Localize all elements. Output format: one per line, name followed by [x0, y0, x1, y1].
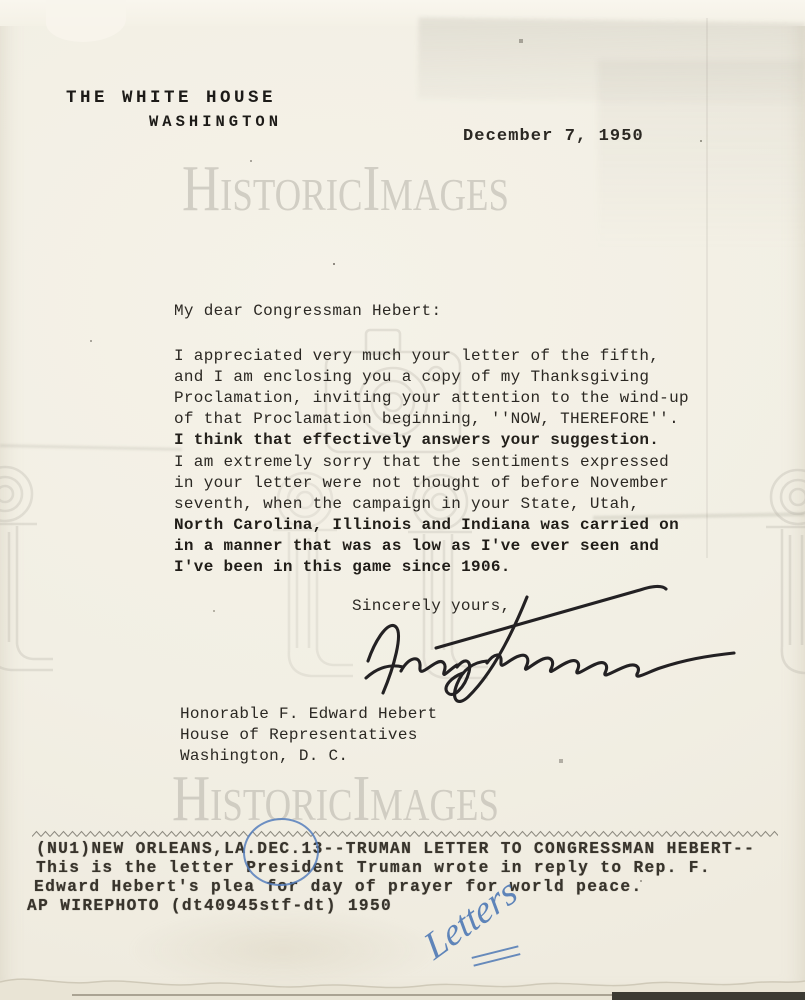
letter-line: in your letter were not thought of befor… [174, 473, 679, 494]
letter-paragraph-1: I appreciated very much your letter of t… [174, 346, 689, 451]
caption-credit: AP WIREPHOTO (dt40945stf-dt) 1950 [27, 897, 392, 915]
recipient-name: Honorable F. Edward Hebert [180, 704, 437, 725]
letter-line: I appreciated very much your letter of t… [174, 346, 689, 367]
letter-salutation: My dear Congressman Hebert: [174, 301, 441, 322]
letter-line: of that Proclamation beginning, ''NOW, T… [174, 409, 689, 430]
letter-line: I am extremely sorry that the sentiments… [174, 452, 679, 473]
letter-line: I've been in this game since 1906. [174, 557, 679, 578]
wirephoto-letter-photo: HistoricImages HistoricImages THE WHITE … [0, 0, 805, 1000]
letter-line: and I am enclosing you a copy of my Than… [174, 367, 689, 388]
perforation-squiggle-line [32, 830, 778, 839]
column-icon [0, 467, 53, 670]
recipient-org: House of Representatives [180, 725, 437, 746]
letter-line: in a manner that was as low as I've ever… [174, 536, 679, 557]
photo-bottom-shadow-line [72, 994, 617, 996]
letter-line: I think that effectively answers your su… [174, 430, 689, 451]
historicimages-watermark-top: HistoricImages [182, 156, 509, 222]
paper-fold-vertical [706, 18, 708, 558]
recipient-city: Washington, D. C. [180, 746, 437, 767]
letter-line: Proclamation, inviting your attention to… [174, 388, 689, 409]
caption-line: (NU1)NEW ORLEANS,LA.DEC.13--TRUMAN LETTE… [36, 840, 755, 858]
paper-specks [333, 263, 335, 265]
column-icon [766, 470, 805, 673]
letter-line: North Carolina, Illinois and Indiana was… [174, 515, 679, 536]
letter-closing: Sincerely yours, [352, 596, 510, 617]
letter-line: seventh, when the campaign in your State… [174, 494, 679, 515]
paper-tear-notch [46, 0, 126, 42]
letterhead-white-house: THE WHITE HOUSE [66, 88, 276, 108]
letter-paragraph-2: I am extremely sorry that the sentiments… [174, 452, 679, 578]
letter-date: December 7, 1950 [463, 127, 644, 146]
letterhead-washington: WASHINGTON [149, 113, 282, 131]
caption-line: Edward Hebert's plea for day of prayer f… [34, 878, 643, 896]
recipient-address: Honorable F. Edward Hebert House of Repr… [180, 704, 437, 767]
photo-bottom-dark-strip [612, 992, 805, 1000]
historicimages-watermark-bottom: HistoricImages [172, 766, 499, 832]
caption-line: This is the letter President Truman wrot… [36, 859, 711, 877]
photo-smudge-right [598, 60, 805, 250]
paper-crease-left [0, 444, 182, 451]
